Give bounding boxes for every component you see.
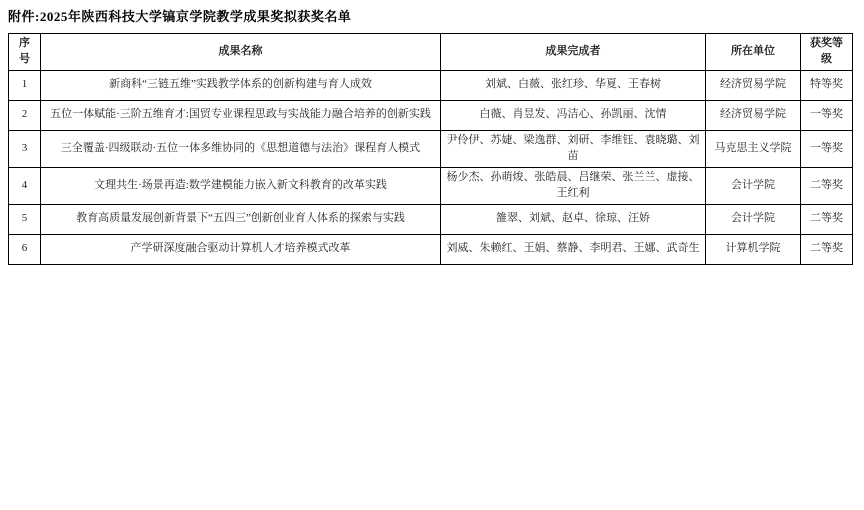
- cell-unit: 经济贸易学院: [706, 100, 801, 130]
- cell-authors: 刘威、朱赖红、王娟、蔡静、李明君、王娜、武奇生: [441, 234, 706, 264]
- cell-award: 一等奖: [801, 100, 853, 130]
- column-header-no: 序号: [9, 34, 41, 71]
- cell-name: 三全覆盖·四级联动·五位一体多维协同的《思想道德与法治》课程育人模式: [41, 130, 441, 167]
- cell-name: 文理共生·场景再造:数学建模能力嵌入新文科教育的改革实践: [41, 167, 441, 204]
- cell-unit: 会计学院: [706, 204, 801, 234]
- column-header-authors: 成果完成者: [441, 34, 706, 71]
- cell-name: 新商科“三链五维”实践教学体系的创新构建与育人成效: [41, 70, 441, 100]
- table-row: 1 新商科“三链五维”实践教学体系的创新构建与育人成效 刘斌、白薇、张红珍、华夏…: [9, 70, 853, 100]
- column-header-name: 成果名称: [41, 34, 441, 71]
- cell-no: 3: [9, 130, 41, 167]
- cell-award: 特等奖: [801, 70, 853, 100]
- cell-name: 五位一体赋能·三阶五维育才:国贸专业课程思政与实战能力融合培养的创新实践: [41, 100, 441, 130]
- cell-award: 二等奖: [801, 234, 853, 264]
- table-row: 2 五位一体赋能·三阶五维育才:国贸专业课程思政与实战能力融合培养的创新实践 白…: [9, 100, 853, 130]
- cell-unit: 马克思主义学院: [706, 130, 801, 167]
- cell-name: 产学研深度融合驱动计算机人才培养模式改革: [41, 234, 441, 264]
- cell-unit: 经济贸易学院: [706, 70, 801, 100]
- cell-authors: 雒翠、刘斌、赵卓、徐琼、汪娇: [441, 204, 706, 234]
- cell-name: 教育高质量发展创新背景下“五四三”创新创业育人体系的探索与实践: [41, 204, 441, 234]
- cell-no: 5: [9, 204, 41, 234]
- cell-award: 二等奖: [801, 204, 853, 234]
- document-page: 附件:2025年陕西科技大学镐京学院教学成果奖拟获奖名单 序号 成果名称 成果完…: [0, 0, 864, 265]
- table-row: 4 文理共生·场景再造:数学建模能力嵌入新文科教育的改革实践 杨少杰、孙萌焌、张…: [9, 167, 853, 204]
- cell-authors: 刘斌、白薇、张红珍、华夏、王春树: [441, 70, 706, 100]
- cell-no: 2: [9, 100, 41, 130]
- column-header-award: 获奖等级: [801, 34, 853, 71]
- column-header-unit: 所在单位: [706, 34, 801, 71]
- cell-authors: 尹伶伊、苏婕、梁逸群、刘研、李维钰、袁晓璐、刘苗: [441, 130, 706, 167]
- cell-no: 6: [9, 234, 41, 264]
- cell-authors: 白薇、肖昱发、冯洁心、孙凯丽、沈情: [441, 100, 706, 130]
- award-table: 序号 成果名称 成果完成者 所在单位 获奖等级 1 新商科“三链五维”实践教学体…: [8, 33, 853, 265]
- cell-no: 4: [9, 167, 41, 204]
- cell-unit: 计算机学院: [706, 234, 801, 264]
- table-row: 6 产学研深度融合驱动计算机人才培养模式改革 刘威、朱赖红、王娟、蔡静、李明君、…: [9, 234, 853, 264]
- cell-authors: 杨少杰、孙萌焌、张皓晨、吕继荣、张兰兰、虚接、王红利: [441, 167, 706, 204]
- cell-no: 1: [9, 70, 41, 100]
- cell-award: 二等奖: [801, 167, 853, 204]
- cell-award: 一等奖: [801, 130, 853, 167]
- table-row: 3 三全覆盖·四级联动·五位一体多维协同的《思想道德与法治》课程育人模式 尹伶伊…: [9, 130, 853, 167]
- page-title: 附件:2025年陕西科技大学镐京学院教学成果奖拟获奖名单: [8, 6, 856, 25]
- table-row: 5 教育高质量发展创新背景下“五四三”创新创业育人体系的探索与实践 雒翠、刘斌、…: [9, 204, 853, 234]
- table-header-row: 序号 成果名称 成果完成者 所在单位 获奖等级: [9, 34, 853, 71]
- cell-unit: 会计学院: [706, 167, 801, 204]
